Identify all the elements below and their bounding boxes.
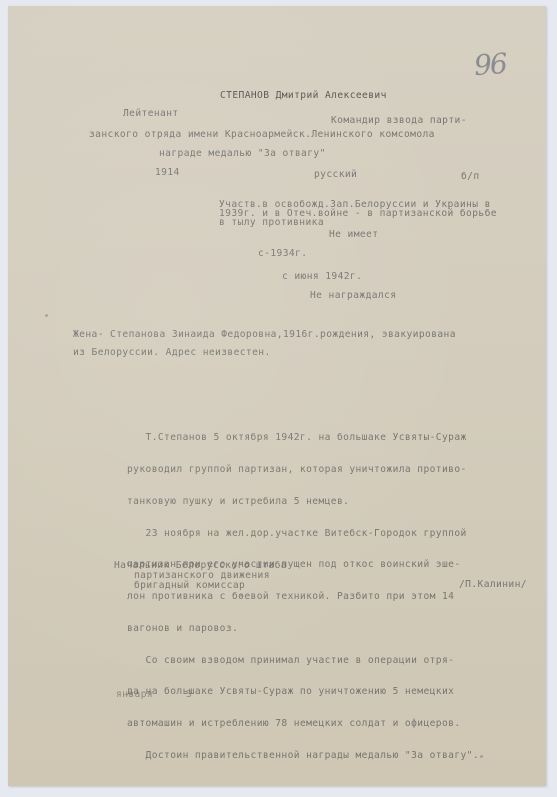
paper-mark — [45, 314, 48, 317]
narrative: Т.Степанов 5 октября 1942г. на большаке … — [127, 412, 479, 783]
family-line-2: из Белоруссии. Адрес неизвестен. — [73, 348, 271, 358]
partisan-since: с июня 1942г. — [282, 272, 362, 282]
date-month: января — [116, 690, 153, 700]
nationality: русский — [314, 170, 357, 180]
signer-name: /П.Калинин/ — [459, 580, 527, 590]
folio-number: 96 — [473, 47, 507, 82]
signature-title-line-3: бригадный комиссар — [134, 581, 245, 591]
narrative-line: вагонов и паровоз. — [127, 624, 479, 635]
paper-mark — [480, 755, 483, 758]
award-line: награде медалью "За отвагу" — [159, 149, 326, 159]
wounds: Не имеет — [329, 230, 378, 240]
narrative-line: танковую пушку и истребила 5 немцев. — [127, 497, 479, 508]
narrative-line: Достоин правительственной награды медаль… — [127, 751, 479, 762]
party-membership: б/п — [461, 172, 480, 182]
position-line-1: Командир взвода парти- — [331, 116, 467, 126]
narrative-line: автомашин и истреблению 78 немецких солд… — [127, 719, 479, 730]
position-line-2: занского отряда имени Красноармейск.Лени… — [89, 130, 435, 140]
narrative-line: Т.Степанов 5 октября 1942г. на большаке … — [127, 433, 479, 444]
document-page: 96 СТЕПАНОВ Дмитрий Алексеевич Лейтенант… — [8, 6, 546, 786]
family-line-1: Жена- Степанова Зинаида Федоровна,1916г.… — [73, 330, 456, 340]
army-since: с-1934г. — [258, 249, 307, 259]
previous-awards: Не награждался — [310, 291, 396, 301]
full-name: СТЕПАНОВ Дмитрий Алексеевич — [220, 91, 387, 101]
narrative-line: 23 ноября на жел.дор.участке Витебск-Гор… — [127, 529, 479, 540]
rank: Лейтенант — [123, 109, 179, 119]
birth-year: 1914 — [155, 168, 180, 178]
date-number: 3 — [186, 690, 192, 700]
narrative-line: да на большаке Усвяты-Сураж по уничтожен… — [127, 687, 479, 698]
narrative-line: руководил группой партизан, которая унич… — [127, 465, 479, 476]
narrative-line: лон противника с боевой техникой. Разбит… — [127, 592, 479, 603]
paper-mark — [240, 594, 243, 597]
participation-line-3: в тылу противника — [219, 218, 324, 228]
narrative-line: Со своим взводом принимал участие в опер… — [127, 656, 479, 667]
